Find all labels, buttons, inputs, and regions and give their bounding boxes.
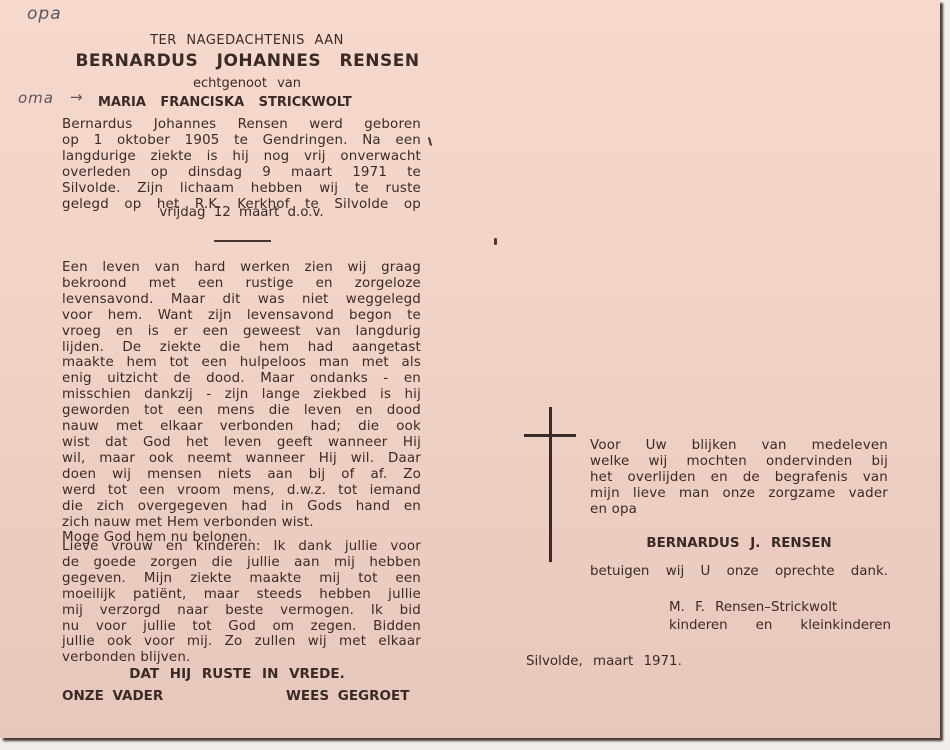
thanks-deceased-name: BERNARDUS J. RENSEN <box>590 536 888 551</box>
bio-line: overleden op dinsdag 9 maart 1971 te <box>62 165 421 181</box>
life-line: nauw met elkaar verbonden had; die ook <box>62 419 421 435</box>
farewell-line: mij verzorgd naar beste vermogen. Ik bid <box>62 603 421 619</box>
bio-line: op 1 oktober 1905 te Gendringen. Na een <box>62 133 421 149</box>
life-line: wil, maar ook neemt wanneer Hij wil. Daa… <box>62 451 421 467</box>
bio-line: Silvolde. Zijn lichaam hebben wij te rus… <box>62 181 421 197</box>
signature-widow: M. F. Rensen–Strickwolt <box>669 600 889 615</box>
biography-paragraph: Bernardus Johannes Rensen werd geboren o… <box>62 117 421 212</box>
handwritten-oma-note: oma <box>18 89 54 107</box>
farewell-line: jullie ook voor mij. Zo zullen wij met e… <box>62 634 421 650</box>
life-line: Een leven van hard werken zien wij graag <box>62 260 421 276</box>
bio-line: Bernardus Johannes Rensen werd geboren <box>62 117 421 133</box>
dedication-heading: TER NAGEDACHTENIS AAN <box>62 33 432 48</box>
life-line: werd tot een vroom mens, d.w.z. tot iema… <box>62 483 421 499</box>
farewell-line: gegeven. Mijn ziekte maakte mij tot een <box>62 571 421 587</box>
rest-in-peace: DAT HIJ RUSTE IN VREDE. <box>62 666 412 682</box>
ink-spot <box>494 238 497 245</box>
life-line: maakte hem tot een hulpeloos man met als <box>62 355 421 371</box>
life-line: voor hem. Want zijn levensavond begon te <box>62 308 421 324</box>
farewell-line: verbonden blijven. <box>62 650 421 666</box>
life-line: zich nauw met Hem verbonden wist. <box>62 515 421 531</box>
thanks-line: het overlijden en de begrafenis van <box>590 470 888 486</box>
place-and-date: Silvolde, maart 1971. <box>526 654 682 669</box>
gratitude-line: betuigen wij U onze oprechte dank. <box>590 564 888 579</box>
life-line: enig uitzicht de dood. Maar ondanks - en <box>62 371 421 387</box>
life-line: wist dat God het leven geeft wanneer Hij <box>62 435 421 451</box>
prayer-onze-vader: ONZE VADER <box>62 688 163 704</box>
cross-icon-bar <box>524 434 576 437</box>
farewell-line: Lieve vrouw en kinderen: Ik dank jullie … <box>62 539 421 555</box>
burial-date-line: vrijdag 12 maart d.o.v. <box>62 205 421 220</box>
thanks-line: Voor Uw blijken van medeleven <box>590 438 888 454</box>
deceased-name: BERNARDUS JOHANNES RENSEN <box>55 51 440 71</box>
bio-line: langdurige ziekte is hij nog vrij onverw… <box>62 149 421 165</box>
thanks-line: welke wij mochten ondervinden bij <box>590 454 888 470</box>
divider-line <box>214 240 271 242</box>
thanks-line: en opa <box>590 502 888 518</box>
signature-family: kinderen en kleinkinderen <box>669 618 891 633</box>
prayer-wees-gegroet: WEES GEGROET <box>286 688 409 704</box>
ink-mark <box>428 137 432 146</box>
handwritten-opa-note: opa <box>27 4 62 24</box>
life-line: lijden. De ziekte die hem had aangetast <box>62 340 421 356</box>
spouse-name: MARIA FRANCISKA STRICKWOLT <box>98 95 352 110</box>
farewell-paragraph: Lieve vrouw en kinderen: Ik dank jullie … <box>62 539 421 666</box>
life-line: misschien dankzij - zijn lange ziekbed i… <box>62 387 421 403</box>
thanks-line: mijn lieve man onze zorgzame vader <box>590 486 888 502</box>
farewell-line: nu voor jullie tot God om zegen. Bidden <box>62 619 421 635</box>
thanks-paragraph: Voor Uw blijken van medeleven welke wij … <box>590 438 888 518</box>
farewell-line: de goede zorgen die jullie aan mij hebbe… <box>62 555 421 571</box>
life-paragraph: Een leven van hard werken zien wij graag… <box>62 260 421 546</box>
farewell-line: moeilijk patiënt, maar steeds hebben jul… <box>62 587 421 603</box>
life-line: die zich overgegeven had in Gods hand en <box>62 499 421 515</box>
life-line: doen wij mensen niets aan bij of af. Zo <box>62 467 421 483</box>
life-line: vroeg en is er een geweest van langdurig <box>62 324 421 340</box>
memorial-card: opa oma → TER NAGEDACHTENIS AAN BERNARDU… <box>0 0 940 738</box>
life-line: bekroond met een rustige en zorgeloze <box>62 276 421 292</box>
life-line: geworden tot een mens die leven en dood <box>62 403 421 419</box>
spouse-label: echtgenoot van <box>62 76 432 91</box>
cross-icon <box>549 407 552 562</box>
life-line: levensavond. Maar dit was niet weggelegd <box>62 292 421 308</box>
